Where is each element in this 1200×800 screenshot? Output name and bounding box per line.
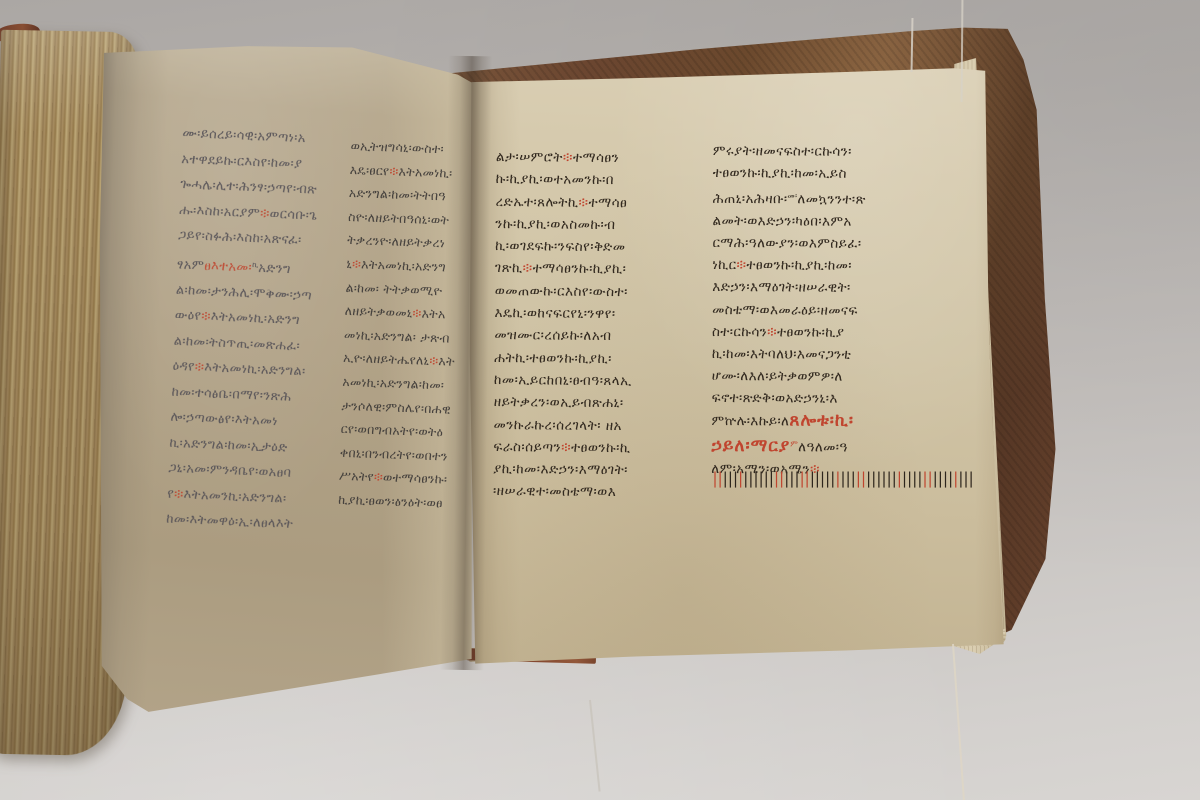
text-line: ንኩ፡ኪያኪ፡ወአስመኩ፡ብ (495, 213, 694, 237)
right-page: ልታ፡ሠምሮት፨ተማሳፀንኩ፡ኪያኪ፡ወተአመንኩ፡በረድኤተ፡ጸሎትኪ፨ተማሳ… (466, 42, 1008, 668)
text-line: ሐትኪ፡ተፀወንኩ፡ኪያኪ፡ (494, 347, 693, 371)
text-line: ||||||||||||||||||||||||||||||||||||||||… (713, 472, 913, 486)
text-line: መንኩራኩረ፡ሰረገላት፡ ዘአ (493, 414, 692, 438)
text-line: ነኪር፨ተፀወንኩ፡ኪያኪ፡ከመ፡ (712, 254, 912, 277)
text-line: ልታ፡ሠምሮት፨ተማሳፀን (496, 146, 695, 170)
text-line: መዝሙር፡ረሰይኩ፡ለአብ (494, 324, 693, 348)
text-line: ሆሙ፡ለእለ፡ይትቃወምዎ፡ለ (712, 365, 912, 388)
right-page-column-1: ልታ፡ሠምሮት፨ተማሳፀንኩ፡ኪያኪ፡ወተአመንኩ፡በረድኤተ፡ጸሎትኪ፨ተማሳ… (493, 146, 695, 504)
text-line: ፍኖተ፡ጽድቅ፡ወአድኃንኒ፡እ (712, 387, 912, 410)
photograph-background: ሙ፡ይሰረይ፡ሳዊ፡አምጣነ፡አአተዋደይኩ፡ርእስየ፡ከመ፡ያጐሓሌ፡ሊተ፡ሕ… (0, 0, 1200, 800)
ornament-band: ||||||||||||||||||||||||||||||||||||||||… (713, 472, 913, 486)
text-line: መስቴማ፡ወእመራዕይ፡ዘመናፍ (712, 299, 912, 322)
left-page-column-1: ሙ፡ይሰረይ፡ሳዊ፡አምጣነ፡አአተዋደይኩ፡ርእስየ፡ከመ፡ያጐሓሌ፡ሊተ፡ሕ… (166, 121, 359, 540)
text-line: ምሩያት፡ዘመናፍስተ፡ርኩሳን፡ (713, 140, 913, 163)
text-line: ኃይለ፡ማርያምለዓለመ፡ዓ (711, 432, 911, 459)
right-page-column-2: ምሩያት፡ዘመናፍስተ፡ርኩሳን፡ተፀወንኩ፡ኪያኪ፡ከመ፡ኢይስሕጠኒ፡አሕዛ… (711, 140, 913, 481)
text-line: እዴኪ፡ወከናፍርየኒ፡ንዋየ፡ (494, 302, 693, 326)
text-line: ወመጠውኩ፡ርእስየ፡ውስተ፡ (495, 280, 694, 304)
text-line: ገጽኪ፨ተማሳፀንኩ፡ኪያኪ፡ (495, 257, 694, 281)
text-line: ኪ፡ከመ፡እትባለህ፡እመናጋንቲ (712, 343, 912, 366)
hanging-thread-bottom-middle (589, 700, 600, 792)
text-line: ረድኤተ፡ጸሎትኪ፨ተማሳፀ (495, 191, 694, 215)
text-line: ርማሕ፡ዓለውያን፡ወእምስይፈ፡ (712, 232, 912, 255)
text-line: ኪ፡ወገደፍኩ፡ንፍስየ፡ቅድመ (495, 235, 694, 259)
text-line: ልመት፡ወእድኃን፡ካዕበ፡እምአ (713, 210, 913, 233)
text-line: ከመ፡ኢይርከበኒ፡ፀብዓ፡ጸላኢ (494, 369, 693, 393)
text-line: ዘይትቃረን፡ወኢይብጽሐኒ፡ (494, 391, 693, 415)
text-line: ኪያኪ፡ፀወን፡ፅንዕት፡ወፀ (338, 488, 458, 516)
text-line: ሕጠኒ፡አሕዛቡ፡መ፡ለመኳንንተ፡ጽ (713, 184, 913, 211)
text-line: እድኃን፡እማዕገት፡ዘሠራዊት፡ (712, 276, 912, 299)
left-page: ሙ፡ይሰረይ፡ሳዊ፡አምጣነ፡አአተዋደይኩ፡ርእስየ፡ከመ፡ያጐሓሌ፡ሊተ፡ሕ… (98, 38, 472, 716)
text-line: ፡ዘሠራዊተ፡መስቴማ፡ወእ (493, 480, 692, 504)
text-line: ያኪ፡ከመ፡እድኃን፡እማዕገት፡ (493, 458, 692, 482)
text-line: ተፀወንኩ፡ኪያኪ፡ከመ፡ኢይስ (713, 162, 913, 185)
text-line: ምኵሉ፡እኩይ፡ለጸሎቱ፡ኪ፡ (711, 409, 911, 433)
hanging-thread-bottom-right (952, 644, 965, 800)
text-line: ፍራስ፡ሰይጣን፨ተፀወንኩ፡ኪ (493, 436, 692, 460)
text-line: ኩ፡ኪያኪ፡ወተአመንኩ፡በ (496, 168, 695, 192)
gutter-shadow (440, 56, 493, 671)
text-line: ስተ፡ርኩሳን፨ተፀወንኩ፡ኪያ (712, 321, 912, 344)
